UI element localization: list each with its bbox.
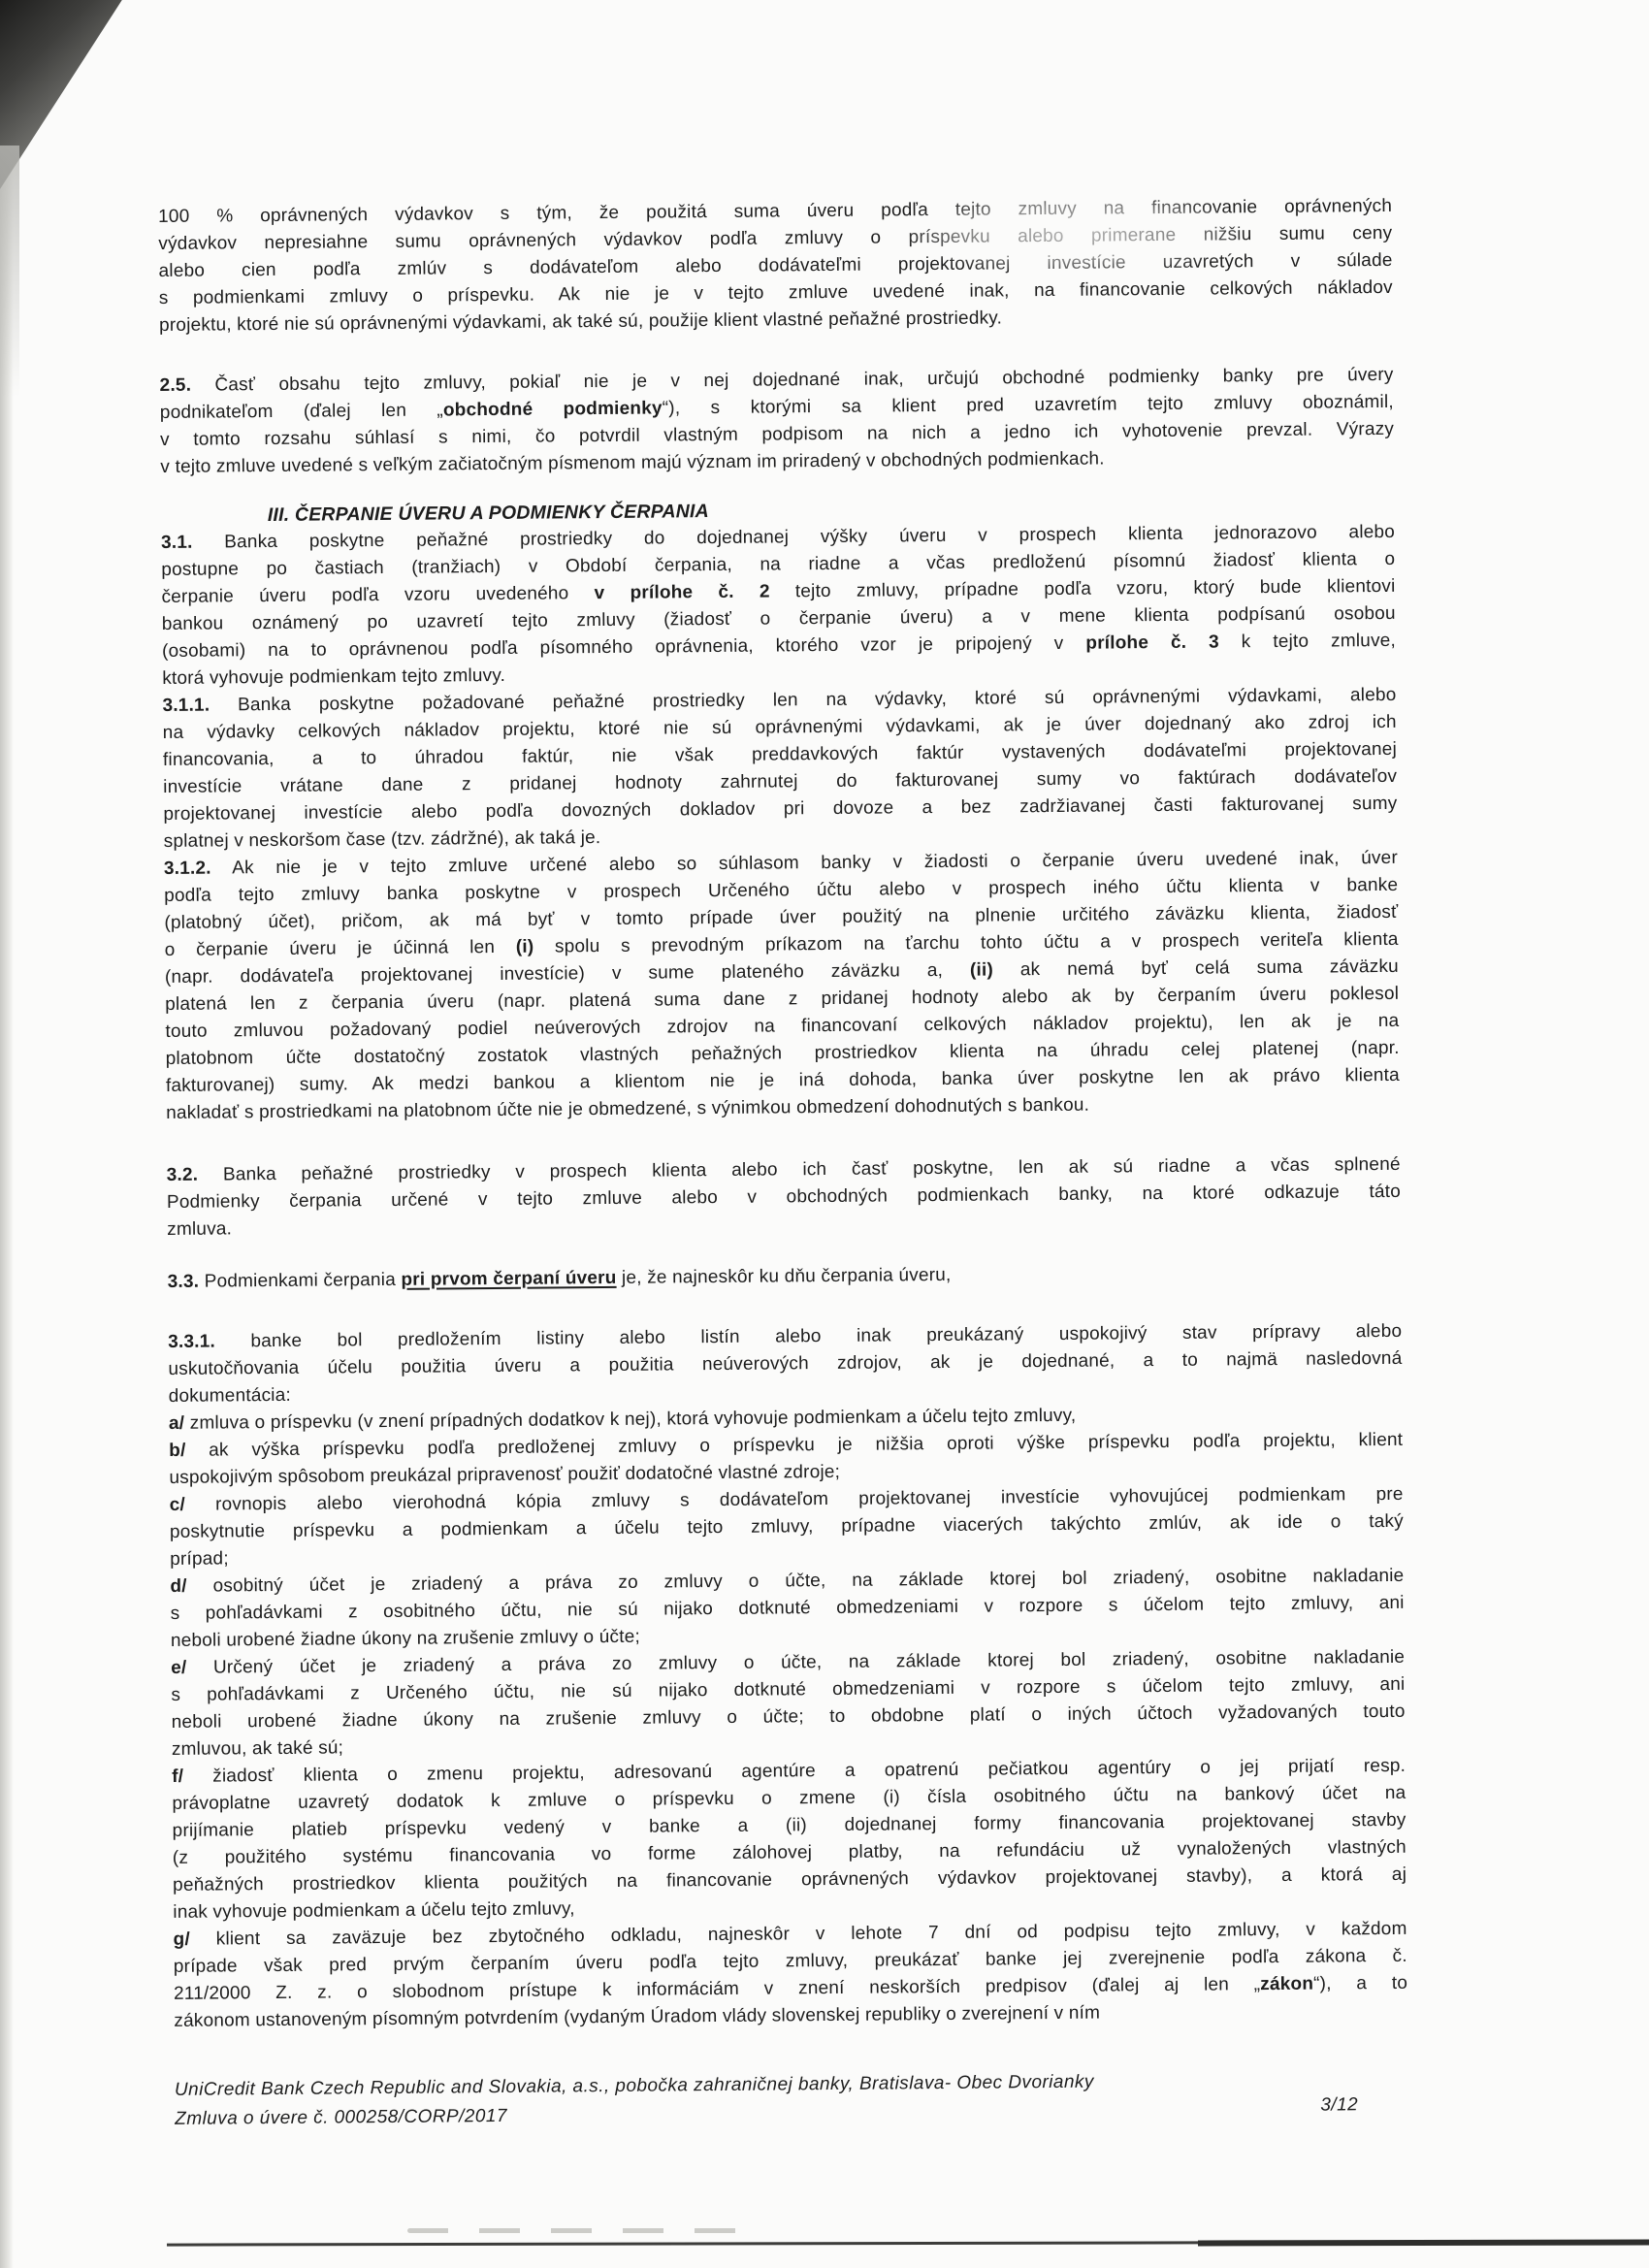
text-segment: zmluva.	[167, 1218, 232, 1240]
text-segment: d/	[170, 1576, 186, 1597]
text-segment: uspokojivým spôsobom preukázal pripraven…	[169, 1462, 840, 1488]
text-segment: “), a to	[1313, 1973, 1407, 1994]
text-segment: ak nemá byť celá suma záväzku	[993, 956, 1399, 981]
item-g: g/ klient sa zaväzuje bez zbytočného odk…	[173, 1916, 1407, 2035]
text-segment: zmluva o príspevku (v znení prípadných d…	[184, 1406, 1076, 1434]
text-segment: je, že najneskôr ku dňu čerpania úveru,	[616, 1265, 951, 1288]
text-segment: (napr. dodávateľa projektovanej investíc…	[165, 960, 970, 988]
text-segment: ktorá vyhovuje podmienkam tejto zmluvy.	[162, 665, 505, 689]
para-3-3: 3.3. Podmienkami čerpania pri prvom čerp…	[168, 1258, 1402, 1296]
text-segment: neboli urobené žiadne úkony na zrušenie …	[171, 1627, 640, 1651]
text-segment: g/	[174, 1929, 190, 1950]
para-3-1-1: 3.1.1. Banka poskytne požadované peňažné…	[162, 682, 1397, 856]
scan-bottom-dashes-artifact	[407, 2228, 757, 2233]
document-footer: UniCredit Bank Czech Republic and Slovak…	[175, 2065, 1408, 2134]
text-segment: 2.5.	[160, 375, 192, 396]
text-segment: b/	[169, 1441, 185, 1461]
text-segment: 3.3.	[168, 1272, 200, 1292]
text-segment: 3.2.	[167, 1165, 199, 1185]
document-text: 100 % oprávnených výdavkov s tým, že pou…	[158, 193, 1408, 2134]
text-segment: 3.3.1.	[168, 1332, 215, 1352]
text-segment: (ii)	[970, 960, 993, 981]
text-segment: f/	[172, 1766, 183, 1787]
scan-corner-artifact	[0, 0, 179, 243]
text-segment: III. ČERPANIE ÚVERU A PODMIENKY ČERPANIA	[268, 501, 709, 526]
item-d: d/ osobitný účet je zriadený a práva zo …	[170, 1563, 1405, 1655]
scan-corner-smudge	[0, 146, 19, 398]
text-segment: 3.1.1.	[162, 696, 210, 716]
text-segment: (i)	[516, 937, 534, 957]
text-segment: inak vyhovuje podmienkam a účelu tejto z…	[173, 1898, 575, 1923]
text-segment: e/	[171, 1658, 186, 1678]
item-f: f/ žiadosť klienta o zmenu projektu, adr…	[172, 1753, 1406, 1927]
para-3-1-2: 3.1.2. Ak nie je v tejto zmluve určené a…	[164, 845, 1400, 1127]
text-segment: čerpanie úveru podľa vzoru uvedeného	[161, 583, 594, 607]
para-3-3-1: 3.3.1. banke bol predložením listiny ale…	[168, 1318, 1403, 1410]
text-segment: obchodné podmienky	[443, 398, 663, 420]
para-3-1: 3.1. Banka poskytne peňažné prostriedky …	[161, 519, 1396, 693]
text-segment: spolu s prevodným príkazom na ťarchu toh…	[533, 929, 1399, 957]
text-segment: splatnej v neskoršom čase (tzv. zádržné)…	[164, 827, 601, 852]
text-segment: pri prvom čerpaní úveru	[401, 1268, 616, 1290]
text-segment: prílohe č. 3	[1085, 632, 1219, 653]
text-segment: nakladať s prostriedkami na platobnom úč…	[166, 1095, 1089, 1123]
text-segment: v tejto zmluve uvedené s veľkým začiatoč…	[160, 448, 1105, 476]
text-segment: 3.1.2.	[164, 859, 211, 879]
text-segment: v prílohe č. 2	[594, 582, 769, 604]
text-segment: 3.1.	[161, 533, 193, 553]
text-segment: tejto zmluvy, prípadne podľa vzoru, ktor…	[770, 576, 1396, 602]
text-segment: zákonom ustanoveným písomným potvrdením …	[174, 2003, 1100, 2031]
scan-bottom-line-thick-artifact	[1198, 2240, 1649, 2247]
para-intro-continuation: 100 % oprávnených výdavkov s tým, že pou…	[158, 193, 1393, 340]
scanned-contract-page: 100 % oprávnených výdavkov s tým, že pou…	[0, 0, 1649, 2268]
text-segment: prípad;	[170, 1548, 229, 1570]
text-line: 3.3. Podmienkami čerpania pri prvom čerp…	[168, 1258, 1402, 1296]
text-segment: c/	[170, 1495, 185, 1515]
text-segment: “), s ktorými sa klient pred uzavretím t…	[663, 392, 1394, 419]
para-2-5: 2.5. Časť obsahu tejto zmluvy, pokiaľ ni…	[160, 362, 1395, 481]
item-e: e/ Určený účet je zriadený a práva zo zm…	[171, 1644, 1406, 1764]
text-segment: a/	[169, 1413, 184, 1434]
text-segment: Podmienkami čerpania	[199, 1270, 401, 1292]
item-c: c/ rovnopis alebo vierohodná kópia zmluv…	[170, 1481, 1405, 1573]
text-segment: projektu, ktoré nie sú oprávnenými výdav…	[159, 308, 1002, 336]
text-segment: zmluvou, ak také sú;	[172, 1737, 343, 1760]
para-3-2: 3.2. Banka peňažné prostriedky v prospec…	[167, 1151, 1402, 1244]
page-number: 3/12	[1320, 2094, 1358, 2116]
text-segment: k tejto zmluve,	[1219, 631, 1396, 653]
text-segment: dokumentácia:	[169, 1385, 291, 1407]
text-segment: o čerpanie úveru je účinná len	[165, 937, 516, 960]
text-segment: (osobami) na to oprávnenou podľa písomné…	[162, 633, 1086, 662]
text-segment: podnikateľom (ďalej len „	[160, 400, 443, 423]
text-segment: zákon	[1260, 1974, 1313, 1994]
